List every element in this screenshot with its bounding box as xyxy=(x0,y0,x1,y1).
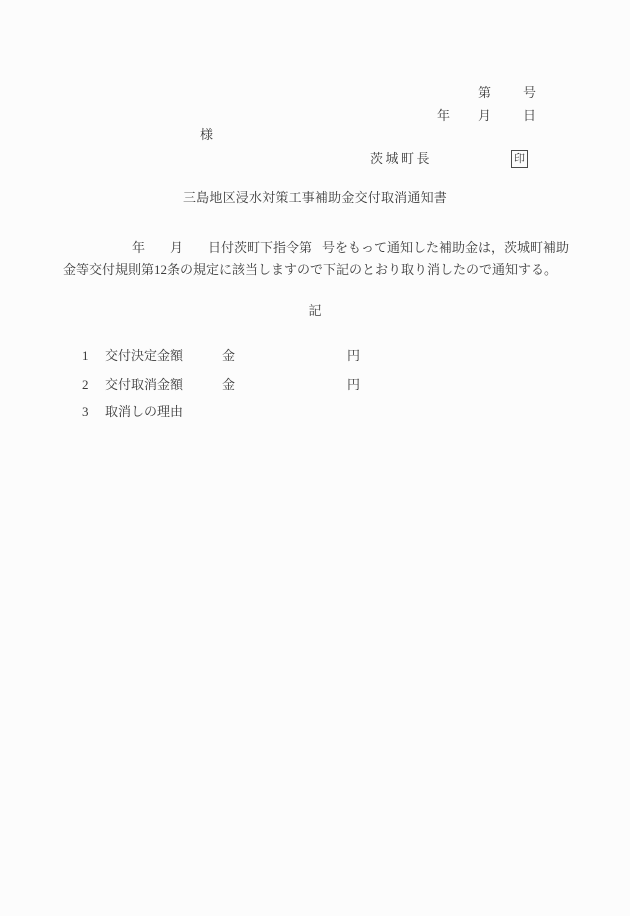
document-title: 三島地区浸水対策工事補助金交付取消通知書 xyxy=(0,190,630,205)
item1-number: 1 xyxy=(82,348,89,363)
item2-label: 交付取消金額 xyxy=(105,377,183,392)
item1-label: 交付決定金額 xyxy=(105,348,183,363)
body-line1-directive: 日付茨町下指令第 xyxy=(208,240,312,255)
body-line1-month: 月 xyxy=(170,240,183,255)
item1-unit: 円 xyxy=(347,348,360,363)
date-year-label: 年 xyxy=(437,108,450,123)
addressee-honorific: 様 xyxy=(200,127,213,142)
doc-number-prefix: 第 xyxy=(478,85,491,100)
date-month-label: 月 xyxy=(478,108,491,123)
body-line2: 金等交付規則第12条の規定に該当しますので下記のとおり取り消したので通知する。 xyxy=(63,262,557,277)
body-line1-notice: 号をもって通知した補助金は，茨城町補助 xyxy=(322,240,569,255)
item3-label: 取消しの理由 xyxy=(105,404,183,419)
item2-number: 2 xyxy=(82,377,89,392)
date-day-label: 日 xyxy=(523,108,536,123)
item1-currency-prefix: 金 xyxy=(222,348,235,363)
record-marker: 記 xyxy=(0,303,630,318)
seal-stamp: 印 xyxy=(511,150,528,168)
doc-number-suffix: 号 xyxy=(523,85,536,100)
document-page: 第 号 年 月 日 様 茨城町長 印 三島地区浸水対策工事補助金交付取消通知書 … xyxy=(0,0,630,916)
item2-unit: 円 xyxy=(347,377,360,392)
sender-title: 茨城町長 xyxy=(370,151,432,166)
body-line1-year: 年 xyxy=(132,240,145,255)
item3-number: 3 xyxy=(82,404,89,419)
item2-currency-prefix: 金 xyxy=(222,377,235,392)
